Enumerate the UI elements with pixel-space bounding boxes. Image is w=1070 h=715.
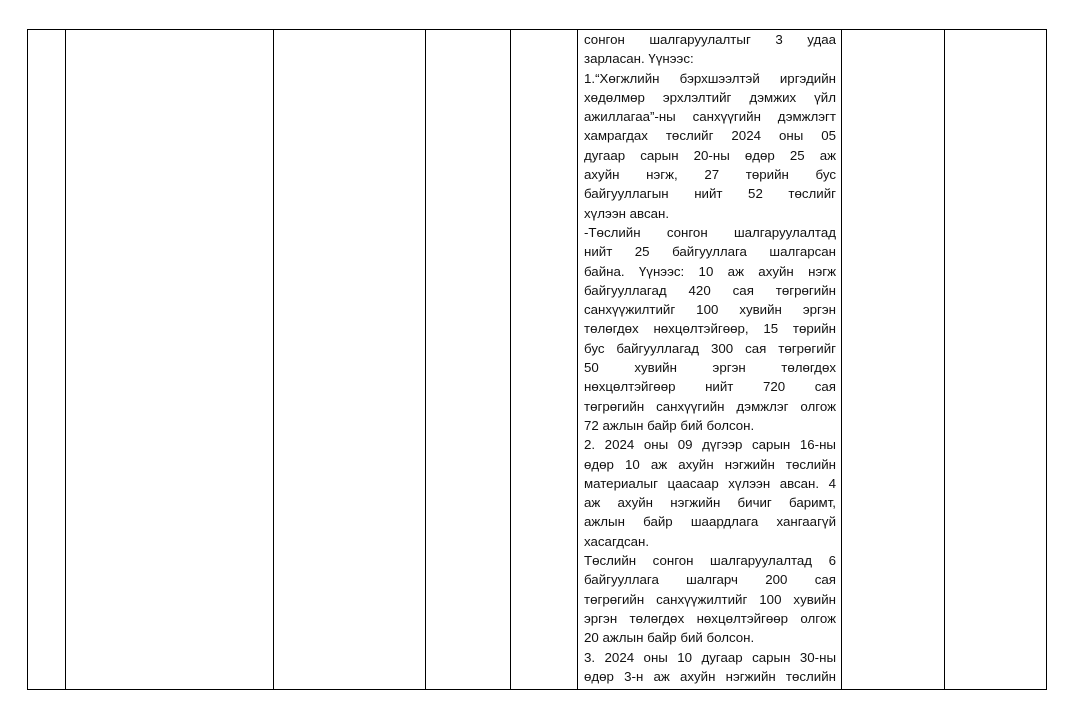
description-line: 1.“Хөгжлийн бэрхшээлтэй иргэдийн xyxy=(584,69,836,88)
description-line: 2. 2024 оны 09 дүгээр сарын 16-ны xyxy=(584,435,836,454)
description-line: сонгон шалгаруулалтыг 3 удаа xyxy=(584,30,836,49)
description-line: төгрөгийн санхүүгийн дэмжлэг олгож xyxy=(584,397,836,416)
description-line: Төслийн сонгон шалгаруулалтад 6 xyxy=(584,551,836,570)
description-line: хасагдсан. xyxy=(584,532,836,551)
cell-number xyxy=(28,30,66,690)
description-line: ажлын байр шаардлага хангаагүй xyxy=(584,512,836,531)
description-line: нөхцөлтэйгөөр нийт 720 сая xyxy=(584,377,836,396)
progress-description-text: сонгон шалгаруулалтыг 3 удаазарласан. Үү… xyxy=(584,30,836,686)
description-line: байгууллага шалгарч 200 сая xyxy=(584,570,836,589)
description-line: 72 ажлын байр бий болсон. xyxy=(584,416,836,435)
description-line: хөдөлмөр эрхлэлтийг дэмжих үйл xyxy=(584,88,836,107)
description-line: 3. 2024 оны 10 дугаар сарын 30-ны xyxy=(584,648,836,667)
description-line: 20 ажлын байр бий болсон. xyxy=(584,628,836,647)
cell-indicator xyxy=(426,30,511,690)
description-line: зарласан. Үүнээс: xyxy=(584,49,836,68)
description-line: ахуйн нэгж, 27 төрийн бус xyxy=(584,165,836,184)
description-line: хүлээн авсан. xyxy=(584,204,836,223)
description-line: ажиллагаа”-ны санхүүгийн дэмжлэгт xyxy=(584,107,836,126)
cell-progress-description: сонгон шалгаруулалтыг 3 удаазарласан. Үү… xyxy=(578,30,842,690)
cell-objective xyxy=(66,30,274,690)
cell-notes xyxy=(945,30,1047,690)
description-line: материалыг цаасаар хүлээн авсан. 4 xyxy=(584,474,836,493)
description-line: байгууллагын нийт 52 төслийг xyxy=(584,184,836,203)
description-line: санхүүжилтийг 100 хувийн эргэн xyxy=(584,300,836,319)
description-line: төлөгдөх нөхцөлтэйгөөр, 15 төрийн xyxy=(584,319,836,338)
description-line: төгрөгийн санхүүжилтийг 100 хувийн xyxy=(584,590,836,609)
description-line: аж ахуйн нэгжийн бичиг баримт, xyxy=(584,493,836,512)
description-line: өдөр 10 аж ахуйн нэгжийн төслийн xyxy=(584,455,836,474)
description-line: эргэн төлөгдөх нөхцөлтэйгөөр олгож xyxy=(584,609,836,628)
report-table: сонгон шалгаруулалтыг 3 удаазарласан. Үү… xyxy=(27,29,1047,690)
cell-target xyxy=(511,30,578,690)
description-line: -Төслийн сонгон шалгаруулалтад xyxy=(584,223,836,242)
description-line: нийт 25 байгууллага шалгарсан xyxy=(584,242,836,261)
description-line: дугаар сарын 20-ны өдөр 25 аж xyxy=(584,146,836,165)
description-line: 50 хувийн эргэн төлөгдөх xyxy=(584,358,836,377)
description-line: байгууллагад 420 сая төгрөгийн xyxy=(584,281,836,300)
description-line: өдөр 3-н аж ахуйн нэгжийн төслийн xyxy=(584,667,836,686)
description-line: бус байгууллагад 300 сая төгрөгийг xyxy=(584,339,836,358)
description-line: байна. Үүнээс: 10 аж ахуйн нэгж xyxy=(584,262,836,281)
description-line: хамрагдах төслийг 2024 оны 05 xyxy=(584,126,836,145)
table-row: сонгон шалгаруулалтыг 3 удаазарласан. Үү… xyxy=(28,30,1047,690)
cell-activity xyxy=(274,30,426,690)
cell-evaluation xyxy=(842,30,945,690)
